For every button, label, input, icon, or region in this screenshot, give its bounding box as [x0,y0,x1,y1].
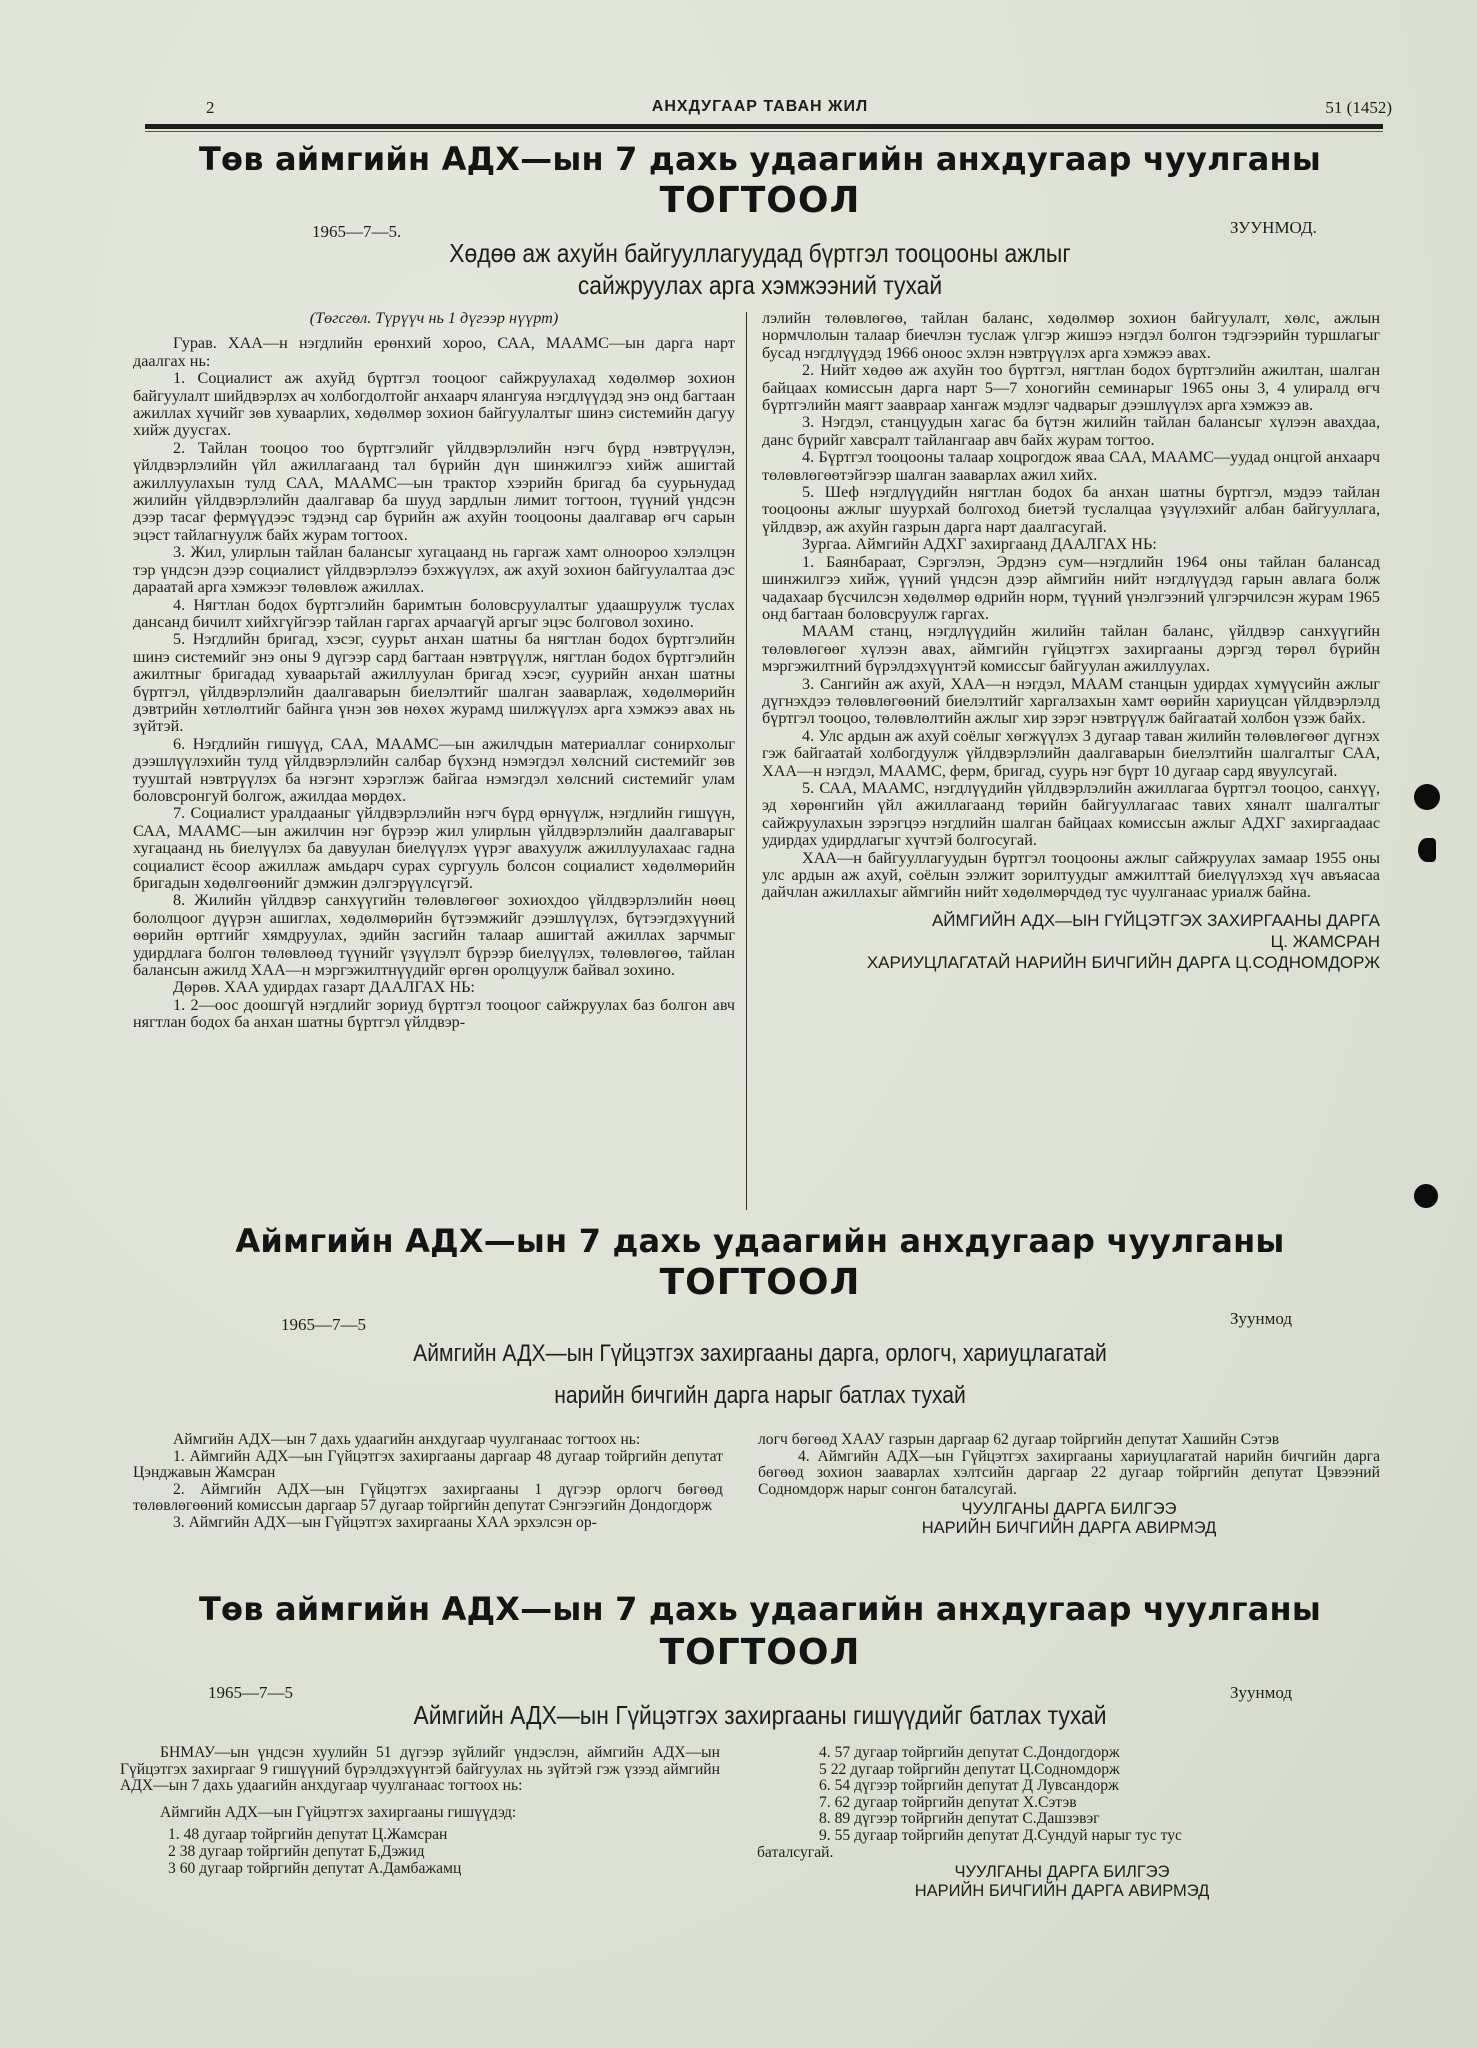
signature-line: Ц. ЖАМСРАН [762,931,1380,952]
article3-left-column: БНМАУ—ын үндсэн хуулийн 51 дүгээр зүйлий… [120,1745,720,1877]
newspaper-title: АНХДУГААР ТАВАН ЖИЛ [140,98,1380,116]
paragraph: МААМ станц, нэгдлүүдийн жилийн тайлан ба… [762,623,1380,675]
paragraph: Гурав. ХАА—н нэгдлийн ерөнхий хороо, САА… [133,335,735,370]
article1-heading-togtool: ТОГТООЛ [140,180,1380,221]
paragraph: 2. Тайлан тооцоо тоо бүртгэлийг үйлдвэрл… [133,440,735,544]
paragraph: 4. Улс ардын аж ахуй соёлыг хөгжүүлэх 3 … [762,728,1380,780]
paragraph: 3. Сангийн аж ахуй, ХАА—н нэгдэл, МААМ с… [762,676,1380,728]
article3-subtitle: Аймгийн АДХ—ын Гүйцэтгэх захиргааны гишү… [214,1700,1305,1731]
column-divider [746,312,747,1210]
article1-subtitle-line2: сайжруулах арга хэмжээний тухай [214,270,1305,301]
paragraph: 1. Аймгийн АДХ—ын Гүйцэтгэх захиргааны д… [133,1449,723,1482]
paragraph: логч бөгөөд ХААУ газрын даргаар 62 дугаа… [758,1432,1380,1449]
paragraph: 5. Шеф нэгдлүүдийн нягтлан бодох ба анха… [762,484,1380,536]
member-item: 8. 89 дүгээр тойргийн депутат С.Дашзэвэг [757,1811,1367,1828]
article1-right-column: лэлийн төлөвлөгөө, тайлан баланс, хөдөлм… [762,310,1380,973]
article2-subtitle-line2: нарийн бичгийн дарга нарыг батлах тухай [214,1382,1305,1410]
signature-line: НАРИЙН БИЧГИЙН ДАРГА АВИРМЭД [757,1882,1367,1901]
signature-line: ЧУУЛГАНЫ ДАРГА БИЛГЭЭ [758,1500,1380,1519]
masthead-rule [145,124,1383,129]
article2-place: Зуунмод [1230,1309,1292,1329]
paragraph: лэлийн төлөвлөгөө, тайлан баланс, хөдөлм… [762,310,1380,362]
punch-hole [1418,838,1436,862]
paragraph: 3. Нэгдэл, станцуудын хагас ба бүтэн жил… [762,414,1380,449]
article3-heading-togtool: ТОГТООЛ [140,1632,1380,1673]
members-list-left: 1. 48 дугаар тойргийн депутат Ц.Жамсран … [120,1827,720,1877]
article1-left-column: (Төгсгөл. Түрүүч нь 1 дүгээр нүүрт) Гура… [133,310,735,1032]
paragraph: Аймгийн АДХ—ын 7 дахь удаагийн анхдугаар… [133,1432,723,1449]
punch-hole [1414,784,1440,810]
article3-signature: ЧУУЛГАНЫ ДАРГА БИЛГЭЭ НАРИЙН БИЧГИЙН ДАР… [757,1863,1367,1901]
article3-heading: Төв аймгийн АДХ—ын 7 дахь удаагийн анхду… [140,1590,1380,1628]
paragraph: 5. САА, МААМС, нэгдлүүдийн үйлдвэрлэлийн… [762,780,1380,850]
closing-text: баталсугай. [757,1845,1367,1862]
paragraph: 7. Социалист уралдааныг үйлдвэрлэлийн нэ… [133,805,735,892]
members-heading: Аймгийн АДХ—ын Гүйцэтгэх захиргааны гишү… [120,1805,720,1822]
member-item: 9. 55 дугаар тойргийн депутат Д.Сундуй н… [757,1828,1367,1845]
paragraph: 2. Аймгийн АДХ—ын Гүйцэтгэх захиргааны 1… [133,1482,723,1515]
article1-signature: АЙМГИЙН АДХ—ЫН ГҮЙЦЭТГЭХ ЗАХИРГААНЫ ДАРГ… [762,910,1380,973]
signature-line: ХАРИУЦЛАГАТАЙ НАРИЙН БИЧГИЙН ДАРГА Ц.СОД… [762,952,1380,973]
paragraph: БНМАУ—ын үндсэн хуулийн 51 дүгээр зүйлий… [120,1745,720,1795]
paragraph: Зургаа. Аймгийн АДХГ захиргаанд ДААЛГАХ … [762,536,1380,553]
paragraph: ХАА—н байгууллагуудын бүртгэл тооцооны а… [762,850,1380,902]
paragraph: 6. Нэгдлийн гишүүд, САА, МААМС—ын ажилчд… [133,736,735,806]
punch-hole [1414,1184,1438,1208]
member-item: 2 38 дугаар тойргийн депутат Б,Дэжид [120,1844,720,1861]
signature-line: АЙМГИЙН АДХ—ЫН ГҮЙЦЭТГЭХ ЗАХИРГААНЫ ДАРГ… [762,910,1380,931]
paragraph: 1. 2—оос доошгүй нэгдлийг зориуд бүртгэл… [133,997,735,1032]
newspaper-page: 2 АНХДУГААР ТАВАН ЖИЛ 51 (1452) Төв аймг… [140,0,1380,2048]
member-item: 5 22 дугаар тойргийн депутат Ц.Содномдор… [757,1762,1367,1779]
article2-left-column: Аймгийн АДХ—ын 7 дахь удаагийн анхдугаар… [133,1432,723,1532]
member-item: 6. 54 дүгээр тойргийн депутат Д Лувсандо… [757,1778,1367,1795]
member-item: 3 60 дугаар тойргийн депутат А.Дамбажамц [120,1861,720,1878]
article2-heading-togtool: ТОГТООЛ [140,1262,1380,1303]
member-item: 7. 62 дугаар тойргийн депутат Х.Сэтэв [757,1795,1367,1812]
article1-heading: Төв аймгийн АДХ—ын 7 дахь удаагийн анхду… [140,140,1380,178]
paragraph: Дөрөв. ХАА удирдах газарт ДААЛГАХ НЬ: [133,979,735,996]
article2-right-column: логч бөгөөд ХААУ газрын даргаар 62 дугаа… [758,1432,1380,1538]
paragraph: 5. Нэгдлийн бригад, хэсэг, суурьт анхан … [133,631,735,735]
paragraph: 1. Баянбараат, Сэргэлэн, Эрдэнэ сум—нэгд… [762,554,1380,624]
continuation-note: (Төгсгөл. Түрүүч нь 1 дүгээр нүүрт) [133,310,735,327]
article2-heading: Аймгийн АДХ—ын 7 дахь удаагийн анхдугаар… [140,1222,1380,1260]
signature-line: НАРИЙН БИЧГИЙН ДАРГА АВИРМЭД [758,1519,1380,1538]
paragraph: 4. Нягтлан бодох бүртгэлийн баримтын бол… [133,597,735,632]
paragraph: 4. Бүртгэл тооцооны талаар хоцрогдож ява… [762,449,1380,484]
member-item: 4. 57 дугаар тойргийн депутат С.Дондогдо… [757,1745,1367,1762]
paragraph: 2. Нийт хөдөө аж ахуйн тоо бүртгэл, нягт… [762,362,1380,414]
article3-right-column: 4. 57 дугаар тойргийн депутат С.Дондогдо… [757,1745,1367,1901]
paragraph: 1. Социалист аж ахуйд бүртгэл тооцоог са… [133,370,735,440]
paragraph: 3. Аймгийн АДХ—ын Гүйцэтгэх захиргааны Х… [133,1515,723,1532]
member-item: 1. 48 дугаар тойргийн депутат Ц.Жамсран [120,1827,720,1844]
paragraph: 4. Аймгийн АДХ—ын Гүйцэтгэх захиргааны х… [758,1449,1380,1499]
masthead: 2 АНХДУГААР ТАВАН ЖИЛ 51 (1452) [140,98,1380,122]
masthead-rule-thin [145,131,1383,132]
article2-subtitle-line1: Аймгийн АДХ—ын Гүйцэтгэх захиргааны дарг… [214,1340,1305,1368]
article2-signature: ЧУУЛГАНЫ ДАРГА БИЛГЭЭ НАРИЙН БИЧГИЙН ДАР… [758,1500,1380,1538]
paragraph: 8. Жилийн үйлдвэр санхүүгийн төлөвлөгөөг… [133,892,735,979]
signature-line: ЧУУЛГАНЫ ДАРГА БИЛГЭЭ [757,1863,1367,1882]
article1-place: ЗУУНМОД. [1230,218,1317,238]
article1-subtitle-line1: Хөдөө аж ахуйн байгууллагуудад бүртгэл т… [214,238,1305,269]
issue-number: 51 (1452) [1325,98,1392,118]
paragraph: 3. Жил, улирлын тайлан балансыг хугацаан… [133,544,735,596]
article2-date: 1965—7—5 [281,1315,366,1335]
